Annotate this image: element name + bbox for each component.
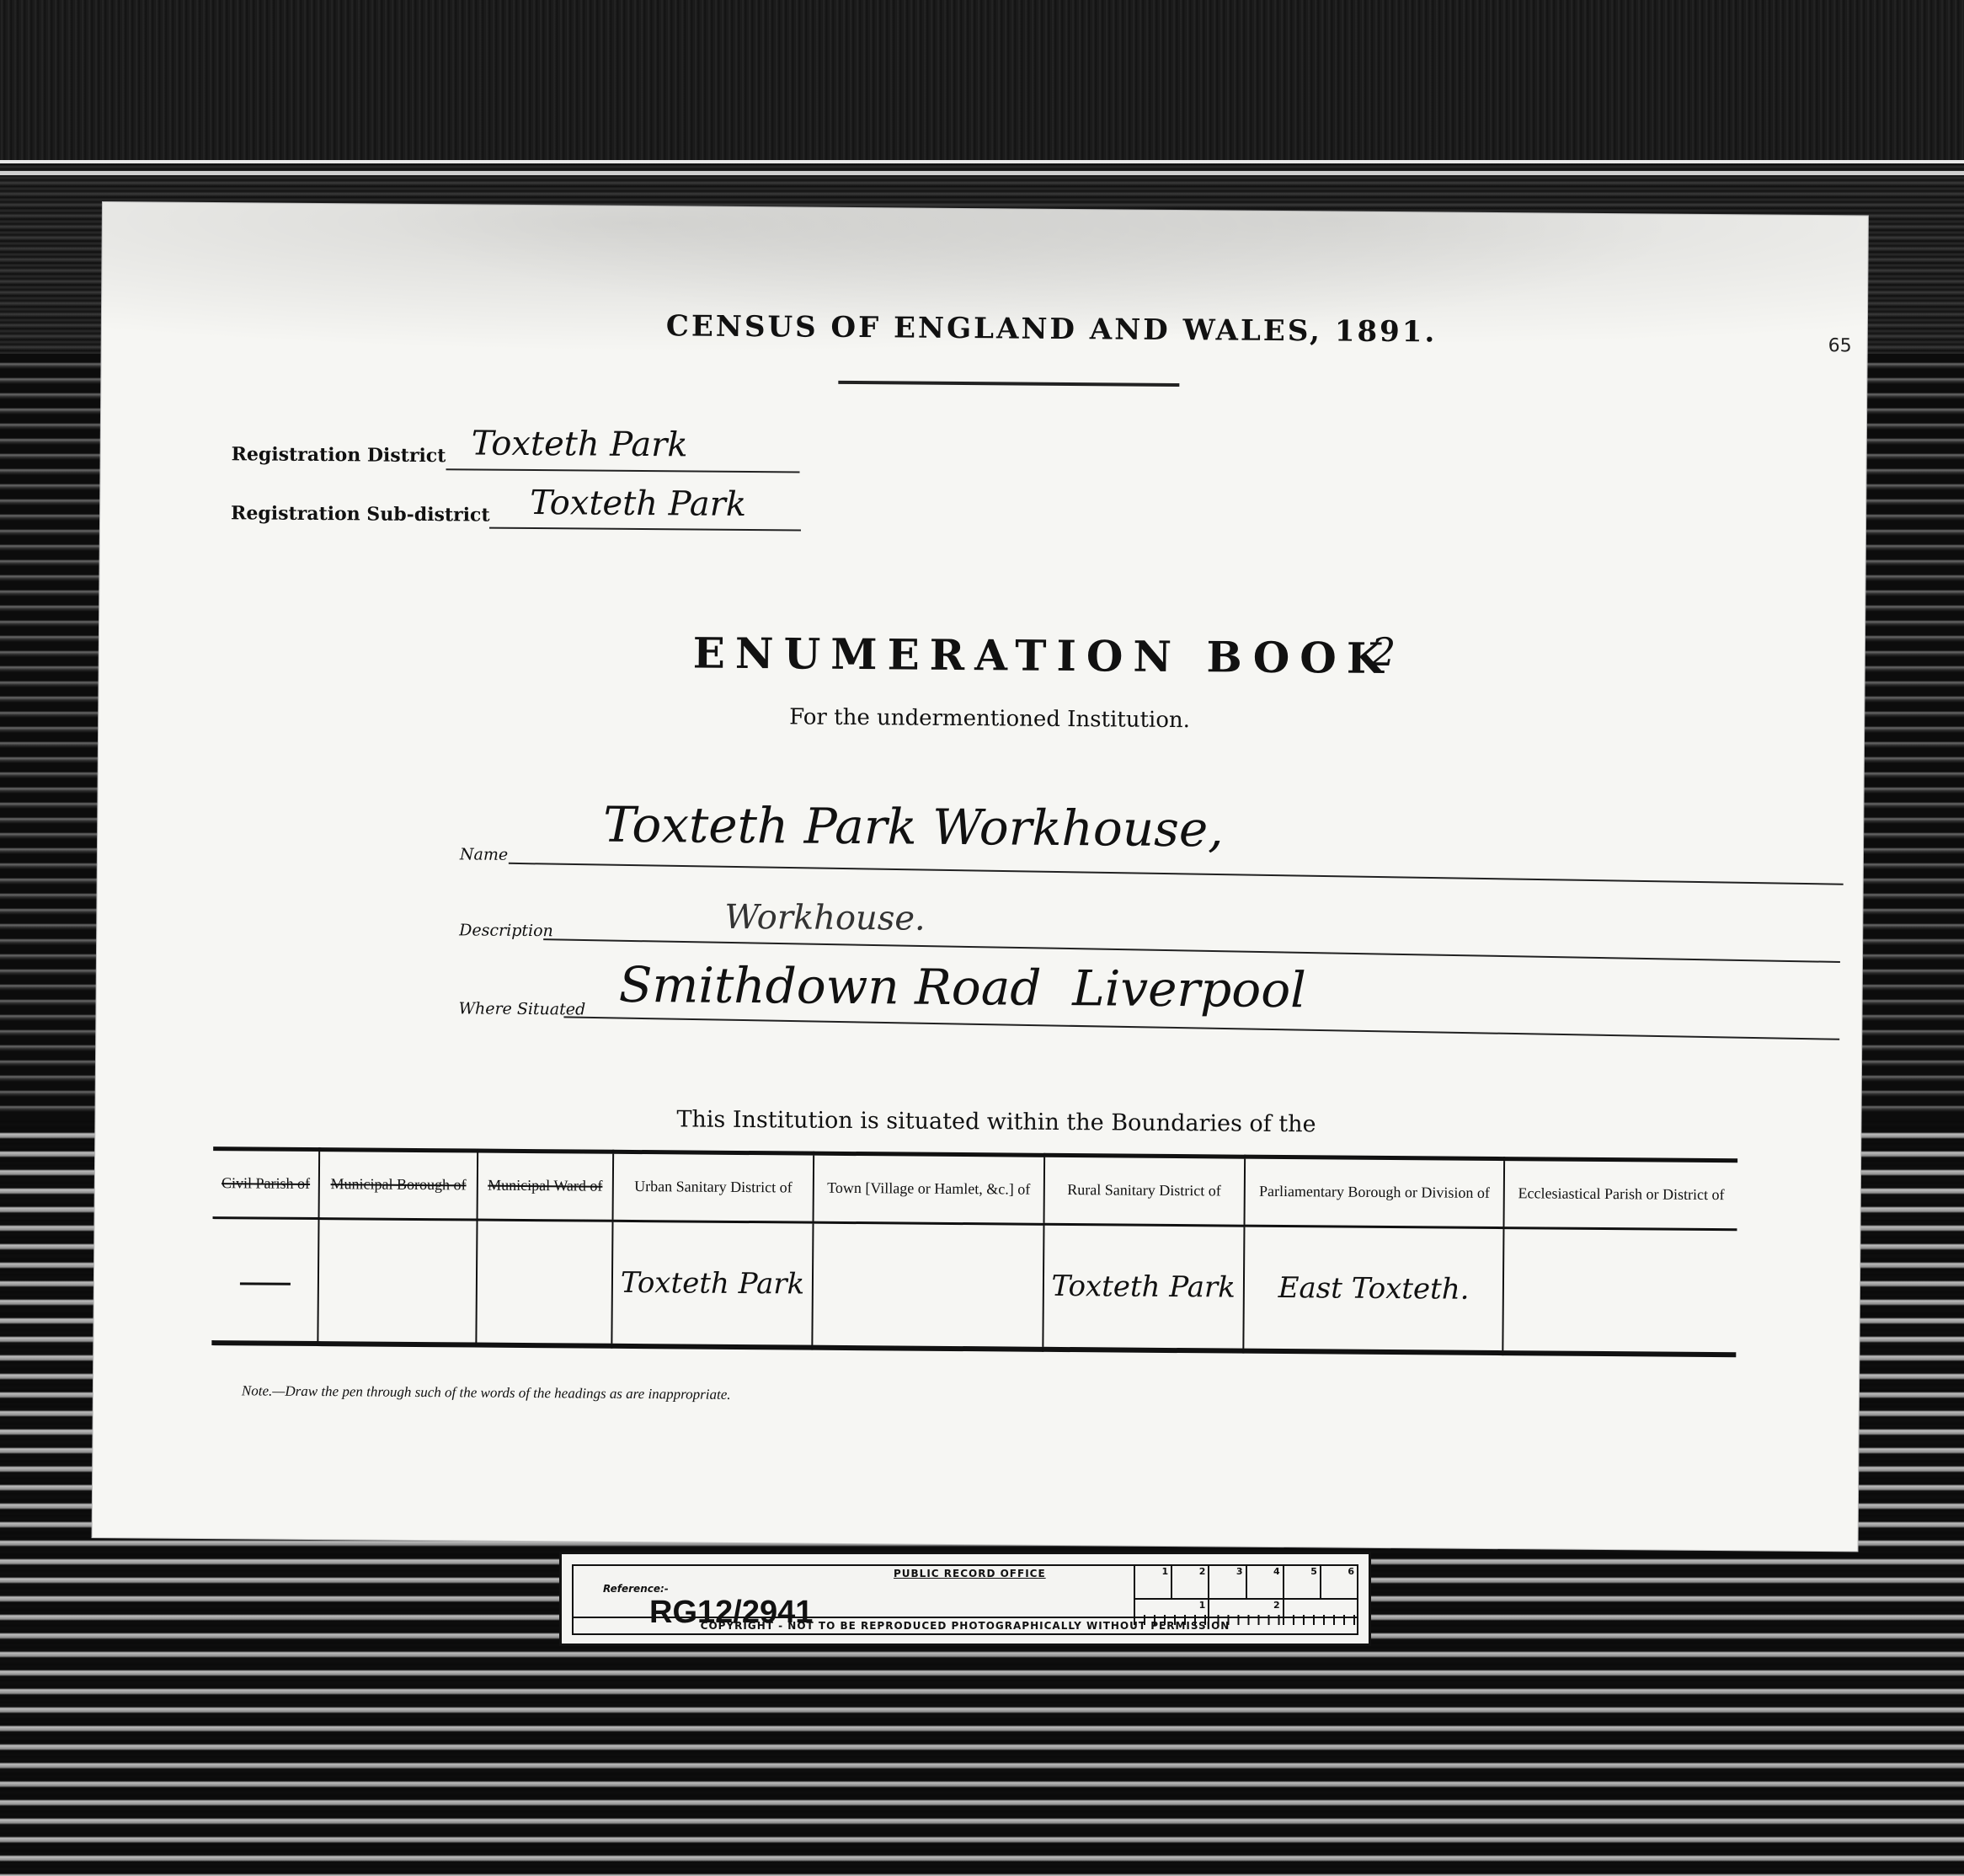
record-office-heading: PUBLIC RECORD OFFICE xyxy=(894,1568,1046,1579)
scale-cm: 1 2 3 4 5 6 xyxy=(1135,1566,1358,1600)
description-value: Workhouse. xyxy=(724,898,926,938)
header-rural-sanitary-district: Rural Sanitary District of xyxy=(1043,1155,1245,1226)
scale-tick: 1 xyxy=(1135,1566,1172,1598)
header-ecclesiastical-parish: Ecclesiastical Parish or District of xyxy=(1504,1159,1737,1230)
scale-tick: 2 xyxy=(1172,1566,1209,1598)
boundaries-table: Civil Parish of Municipal Borough of Mun… xyxy=(211,1146,1737,1357)
copyright-notice: COPYRIGHT - NOT TO BE REPRODUCED PHOTOGR… xyxy=(574,1617,1357,1633)
header-municipal-ward: Municipal Ward of xyxy=(478,1151,614,1221)
census-page: CENSUS OF ENGLAND AND WALES, 1891. 65 Re… xyxy=(93,202,1868,1551)
header-municipal-borough: Municipal Borough of xyxy=(319,1150,478,1220)
boundaries-intro: This Institution is situated within the … xyxy=(676,1106,1316,1137)
boundaries-value-row: Toxteth Park Toxteth Park East Toxteth. xyxy=(211,1218,1737,1355)
value-urban-sanitary-district: Toxteth Park xyxy=(611,1221,813,1347)
boundaries-header-row: Civil Parish of Municipal Borough of Mun… xyxy=(213,1149,1738,1230)
scale-tick: 5 xyxy=(1284,1566,1321,1598)
scanner-stripe xyxy=(0,160,1964,163)
blank-dash xyxy=(240,1282,291,1285)
scale-tick: 6 xyxy=(1321,1566,1358,1598)
header-urban-sanitary-district: Urban Sanitary District of xyxy=(612,1152,814,1222)
value-civil-parish xyxy=(211,1218,319,1344)
value-town-village-hamlet xyxy=(813,1222,1044,1350)
value-rural-sanitary-district: Toxteth Park xyxy=(1043,1224,1244,1350)
enumeration-book-subtitle: For the undermentioned Institution. xyxy=(789,704,1190,733)
where-situated-value: Smithdown Road Liverpool xyxy=(618,956,1306,1018)
scanner-stripe xyxy=(0,171,1964,175)
header-parliamentary-borough: Parliamentary Borough or Division of xyxy=(1244,1157,1504,1227)
registration-district-value: Toxteth Park xyxy=(472,424,688,464)
name-label: Name xyxy=(460,845,508,863)
enumeration-book-title: ENUMERATION BOOK xyxy=(693,628,1394,684)
name-value: Toxteth Park Workhouse, xyxy=(603,796,1224,858)
registration-subdistrict-value: Toxteth Park xyxy=(530,484,746,524)
value-parliamentary-borough: East Toxteth. xyxy=(1243,1226,1504,1353)
value-municipal-borough xyxy=(318,1219,478,1345)
registration-subdistrict-line xyxy=(489,527,801,532)
registration-district-line xyxy=(446,468,800,473)
header-town-village-hamlet: Town [Village or Hamlet, &c.] of xyxy=(814,1153,1044,1224)
registration-subdistrict-label: Registration Sub-district xyxy=(231,502,490,526)
label-frame: PUBLIC RECORD OFFICE Reference:- RG12/29… xyxy=(572,1564,1358,1635)
registration-district-label: Registration District xyxy=(232,443,446,467)
name-line xyxy=(509,863,1844,885)
where-situated-line xyxy=(563,1016,1839,1040)
scale-tick: 4 xyxy=(1247,1566,1284,1598)
strike-through-note: Note.—Draw the pen through such of the w… xyxy=(242,1382,731,1403)
title-rule xyxy=(838,381,1179,387)
scale-tick: 3 xyxy=(1209,1566,1246,1598)
value-ecclesiastical-parish xyxy=(1503,1228,1737,1355)
public-record-office-label: PUBLIC RECORD OFFICE Reference:- RG12/29… xyxy=(559,1552,1371,1646)
header-civil-parish: Civil Parish of xyxy=(213,1149,320,1219)
enumeration-book-number: 2 xyxy=(1371,629,1396,675)
reference-label: Reference:- xyxy=(603,1583,669,1595)
scanner-top-band xyxy=(0,0,1964,160)
value-municipal-ward xyxy=(476,1220,612,1346)
page-number: 65 xyxy=(1828,335,1852,356)
census-title: CENSUS OF ENGLAND AND WALES, 1891. xyxy=(666,309,1438,349)
description-label: Description xyxy=(459,921,553,940)
